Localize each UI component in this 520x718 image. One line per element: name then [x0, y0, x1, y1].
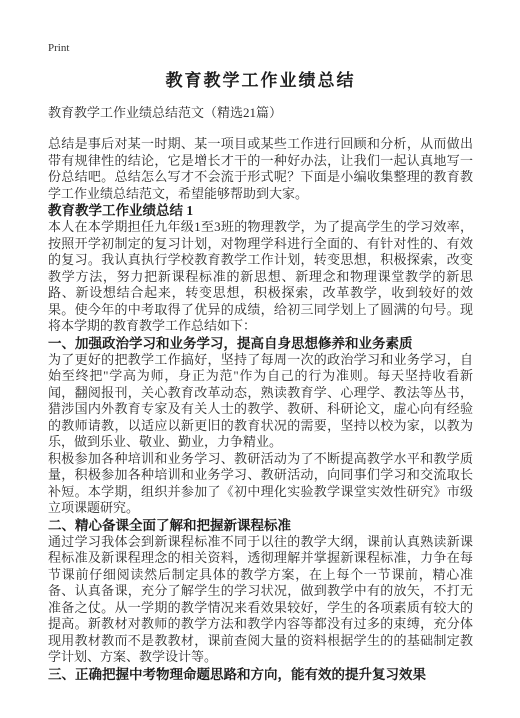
- print-link[interactable]: Print: [48, 42, 69, 55]
- section-heading-one: 一、加强政治学习和业务学习，提高自身思想修养和业务素质: [48, 335, 473, 352]
- section-heading-three: 三、正确把握中考物理命题思路和方向，能有效的提升复习效果: [48, 666, 473, 683]
- document-page: Print 教育教学工作业绩总结 教育教学工作业绩总结范文（精选21篇） 总结是…: [0, 0, 520, 718]
- paragraph-lesson-prep: 通过学习我体会到新课程标准不同于以往的教学大纲，课前认真熟读新课程标准及新课程理…: [48, 534, 473, 666]
- page-title: 教育教学工作业绩总结: [48, 70, 473, 91]
- section-heading-summary-1: 教育教学工作业绩总结 1: [48, 202, 473, 219]
- intro-paragraph: 总结是事后对某一时期、某一项目或某些工作进行回顾和分析，从而做出带有规律性的结论…: [48, 136, 473, 202]
- paragraph-training: 积极参加各种培训和业务学习、教研活动为了不断提高教学水平和教学质量，积极参加各种…: [48, 451, 473, 517]
- section-heading-two: 二、精心备课全面了解和把握新课程标准: [48, 517, 473, 534]
- subtitle: 教育教学工作业绩总结范文（精选21篇）: [48, 105, 473, 121]
- paragraph-political-study: 为了更好的把教学工作搞好，坚持了每周一次的政治学习和业务学习，自始至终把"学高为…: [48, 352, 473, 451]
- paragraph-overview: 本人在本学期担任九年级1至3班的物理教学，为了提高学生的学习效率，按照开学初制定…: [48, 219, 473, 335]
